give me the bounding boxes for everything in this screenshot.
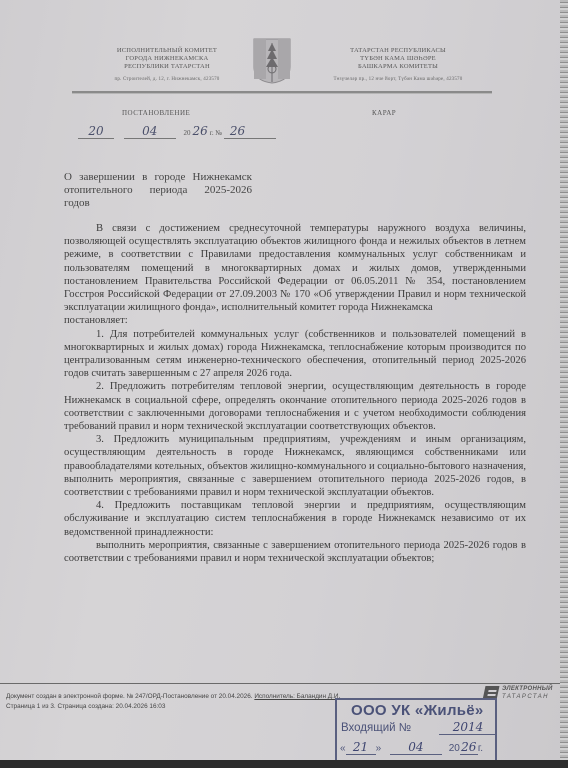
- stamp-year-label: г.: [478, 743, 483, 754]
- document-page: ИСПОЛНИТЕЛЬНЫЙ КОМИТЕТ ГОРОДА НИЖНЕКАМСК…: [0, 0, 560, 760]
- header-left-line3: РЕСПУБЛИКИ ТАТАРСТАН: [92, 63, 242, 71]
- header-left-line1: ИСПОЛНИТЕЛЬНЫЙ КОМИТЕТ: [92, 47, 242, 55]
- date-year-suffix: 26: [191, 124, 210, 138]
- clause-4-subitem-paragraph: выполнить мероприятия, связанные с завер…: [64, 539, 526, 565]
- document-type-ru: ПОСТАНОВЛЕНИЕ: [122, 109, 190, 117]
- footer-line-2: Страница 1 из 3. Страница создана: 20.04…: [6, 702, 340, 712]
- header-divider: [72, 91, 492, 94]
- header-right-address: Төзүчеләр пр., 12 нче йорт, Түбән Кама ш…: [318, 76, 478, 84]
- clause-3-paragraph: 3. Предложить муниципальным предприятиям…: [64, 433, 526, 499]
- stamp-date: «21» 04 2026г.: [340, 740, 496, 755]
- header-right-line3: БАШКАРМА КОМИТЕТЫ: [318, 63, 478, 71]
- preamble-paragraph: В связи с достижением среднесуточной тем…: [64, 222, 526, 314]
- paper-edge: [560, 0, 568, 768]
- footer-info: Документ создан в электронной форме. № 2…: [6, 692, 340, 712]
- header-left-line2: ГОРОДА НИЖНЕКАМСКА: [92, 55, 242, 63]
- document-date-number: 20 04 2026г. № 26: [78, 124, 276, 139]
- logo-line-1: ЭЛЕКТРОННЫЙ: [502, 686, 553, 692]
- stamp-month: 04: [390, 740, 442, 755]
- date-day: 20: [78, 124, 114, 139]
- date-year-prefix: 20: [184, 129, 191, 137]
- header-left-ru: ИСПОЛНИТЕЛЬНЫЙ КОМИТЕТ ГОРОДА НИЖНЕКАМСК…: [92, 47, 242, 84]
- document-subject: О завершении в городе Нижнекамск отопите…: [64, 171, 252, 210]
- stamp-year-suffix: 26: [460, 740, 478, 755]
- clause-2-paragraph: 2. Предложить потребителям тепловой энер…: [64, 380, 526, 433]
- document-type-tt: КАРАР: [372, 109, 396, 117]
- stamp-incoming-number: 2014: [439, 720, 497, 735]
- footer-executor: Исполнитель: Баландин Д.И.: [254, 693, 340, 700]
- clause-1-paragraph: 1. Для потребителей коммунальных услуг (…: [64, 328, 526, 381]
- footer-doc-info: Документ создан в электронной форме. № 2…: [6, 693, 254, 700]
- header-right-line1: ТАТАРСТАН РЕСПУБЛИКАСЫ: [318, 47, 478, 55]
- stamp-day: 21: [346, 740, 376, 755]
- incoming-stamp: ООО УК «Жильё» Входящий № 2014 «21» 04 2…: [335, 698, 497, 760]
- coat-of-arms-icon: [252, 37, 292, 85]
- header-right-tt: ТАТАРСТАН РЕСПУБЛИКАСЫ ТҮБӘН КАМА ШӘҺӘРЕ…: [318, 47, 478, 84]
- footer-line-1: Документ создан в электронной форме. № 2…: [6, 692, 340, 702]
- document-number: 26: [224, 124, 276, 139]
- resolves-paragraph: постановляет:: [64, 314, 526, 327]
- stamp-quote-close: »: [376, 743, 382, 754]
- date-year-label: г.: [210, 129, 214, 137]
- logo-line-2: ТАТАРСТАН: [502, 694, 549, 700]
- header-left-address: пр. Строителей, д. 12, г. Нижнекамск, 42…: [92, 76, 242, 84]
- background-strip: [0, 760, 568, 768]
- stamp-incoming-label: Входящий №: [341, 722, 411, 734]
- header-right-line2: ТҮБӘН КАМА ШӘҺӘРЕ: [318, 55, 478, 63]
- stamp-organization: ООО УК «Жильё»: [351, 702, 484, 719]
- date-month: 04: [124, 124, 176, 139]
- footer-divider: [0, 683, 560, 684]
- clause-4-paragraph: 4. Предложить поставщикам тепловой энерг…: [64, 499, 526, 539]
- document-body: В связи с достижением среднесуточной тем…: [64, 222, 526, 565]
- stamp-year-prefix: 20: [449, 743, 460, 754]
- number-label: №: [215, 129, 222, 137]
